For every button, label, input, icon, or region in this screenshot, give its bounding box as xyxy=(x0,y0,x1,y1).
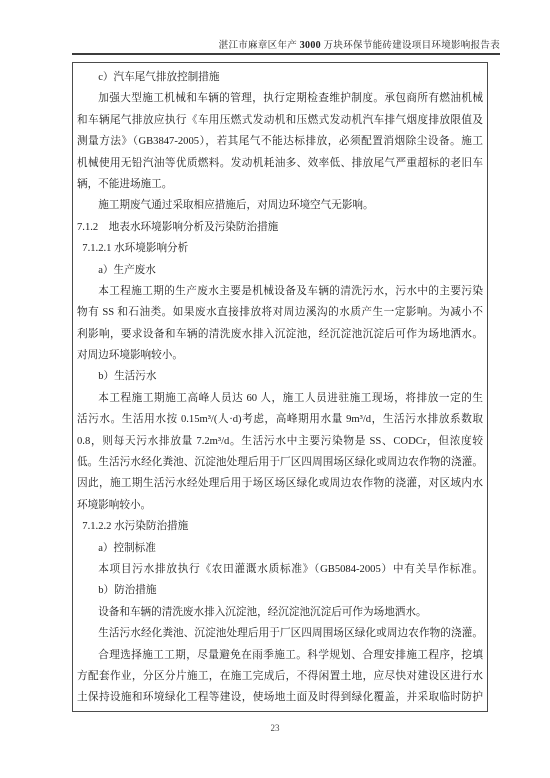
text-line: a）控制标准 xyxy=(77,538,483,559)
content-box: c）汽车尾气排放控制措施加强大型施工机械和车辆的管理，执行定期检查维护制度。承包… xyxy=(72,62,488,712)
text-line: 活污水。生活用水按 0.15m³/(人·d)考虑，高峰期用水量 9m³/d，生活… xyxy=(77,409,483,430)
text-line: c）汽车尾气排放控制措施 xyxy=(77,67,483,88)
text-line: 土保持设施和环境绿化工程等建设，使场地土面及时得到绿化覆盖，并采取临时防护 xyxy=(77,687,483,708)
text-line: 环境影响较小。 xyxy=(77,495,483,516)
text-line: 和车辆尾气排放应执行《车用压燃式发动机和压燃式发动机汽车排气烟度排放限值及 xyxy=(77,110,483,131)
text-line: 物有 SS 和石油类。如果废水直接排放将对周边溪沟的水质产生一定影响。为减小不 xyxy=(77,302,483,323)
text-line: 0.8，则每天污水排放量 7.2m³/d。生活污水中主要污染物是 SS、CODC… xyxy=(77,431,483,452)
header-title-number: 3000 xyxy=(300,40,321,51)
text-line: 设备和车辆的清洗废水排入沉淀池，经沉淀池沉淀后可作为场地洒水。 xyxy=(77,602,483,623)
header-rule xyxy=(72,53,500,55)
text-line: 本项目污水排放执行《农田灌溉水质标准》（GB5084-2005）中有关旱作标准。 xyxy=(77,559,483,580)
text-line: b）防治措施 xyxy=(77,580,483,601)
text-line: 生活污水经化粪池、沉淀池处理后用于厂区四周围场区绿化或周边农作物的浇灌。 xyxy=(77,623,483,644)
text-line: 对周边环境影响较小。 xyxy=(77,345,483,366)
text-line: 低。生活污水经化粪池、沉淀池处理后用于厂区四周围场区绿化或周边农作物的浇灌。 xyxy=(77,452,483,473)
header-title-prefix: 湛江市麻章区年产 xyxy=(219,41,300,51)
report-page: { "header": { "title_prefix": "湛江市麻章区年产 … xyxy=(0,0,550,778)
text-line: 方配套作业，分区分片施工，在施工完成后，不得闲置土地，应尽快对建设区进行水 xyxy=(77,666,483,687)
page-header-title: 湛江市麻章区年产 3000 万块环保节能砖建设项目环境影响报告表 xyxy=(219,37,500,51)
text-line: b）生活污水 xyxy=(77,366,483,387)
text-line: 因此，施工期生活污水经处理后用于场区场区绿化或周边农作物的浇灌，对区域内水 xyxy=(77,473,483,494)
text-line: 施工期废气通过采取相应措施后，对周边环境空气无影响。 xyxy=(77,195,483,216)
text-line: 加强大型施工机械和车辆的管理，执行定期检查维护制度。承包商所有燃油机械 xyxy=(77,88,483,109)
text-line: a）生产废水 xyxy=(77,260,483,281)
text-line: 合理选择施工工期，尽量避免在雨季施工。科学规划、合理安排施工程序，挖填 xyxy=(77,645,483,666)
text-line: 7.1.2.1 水环境影响分析 xyxy=(77,238,483,259)
text-line: 机械使用无铅汽油等优质燃料。发动机耗油多、效率低、排放尾气严重超标的老旧车 xyxy=(77,153,483,174)
text-line: 本工程施工期施工高峰人员达 60 人，施工人员进驻施工现场，将排放一定的生 xyxy=(77,388,483,409)
header-title-suffix: 万块环保节能砖建设项目环境影响报告表 xyxy=(321,41,500,51)
text-line: 利影响，要求设备和车辆的清洗废水排入沉淀池，经沉淀池沉淀后可作为场地洒水。 xyxy=(77,324,483,345)
text-line: 7.1.2 地表水环境影响分析及污染防治措施 xyxy=(77,217,483,238)
text-line: 测量方法》（GB3847-2005），若其尾气不能达标排放，必须配置消烟除尘设备… xyxy=(77,131,483,152)
text-line: 辆，不能进场施工。 xyxy=(77,174,483,195)
text-line: 7.1.2.2 水污染防治措施 xyxy=(77,516,483,537)
text-line: 本工程施工期的生产废水主要是机械设备及车辆的清洗污水，污水中的主要污染 xyxy=(77,281,483,302)
page-number: 23 xyxy=(0,723,550,733)
